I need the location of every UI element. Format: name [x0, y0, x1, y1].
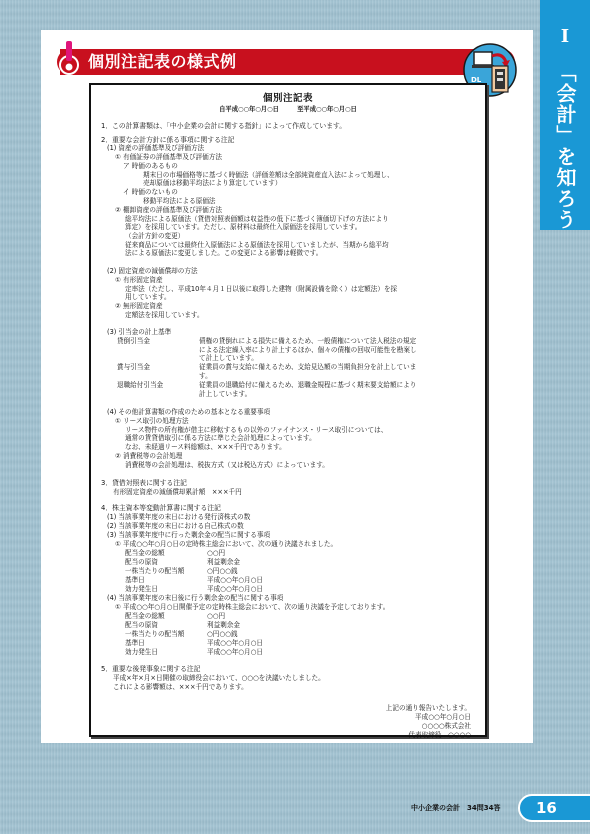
chapter-tab: I 「会計」を知ろう: [540, 0, 590, 230]
dividend-row: 基準日平成○○年○月○日: [125, 639, 263, 647]
note-text: なお、未経過リース料総額は、×××千円であります。: [125, 443, 286, 451]
note-2-2-1: ① 有形固定資産: [115, 276, 163, 284]
dividend-row: 一株当たりの配当額○円○○銭: [125, 630, 237, 638]
note-5-heading: 5．重要な後発事象に関する注記: [101, 665, 200, 673]
dividend-row: 配当金の総額○○円: [125, 549, 225, 557]
dividend-row: 効力発生日平成○○年○月○日: [125, 585, 263, 593]
signature-company: ○○○○株式会社: [422, 722, 471, 730]
note-text: これによる影響額は、×××千円であります。: [113, 683, 248, 691]
chapter-numeral: I: [561, 28, 569, 46]
allowance-term: 賞与引当金従業員の賞与支給に備えるため、支給見込額の当期負担分を計上していま: [117, 363, 416, 371]
allowance-term: 退職給付引当金従業員の退職給付に備えるため、退職金規程に基づく期末要支給額により: [117, 381, 416, 389]
note-text: 売却原価は移動平均法により算定しています）: [143, 179, 281, 187]
note-text: て計上しています。: [199, 354, 258, 362]
note-2-1: (1) 資産の評価基準及び評価方法: [107, 144, 204, 152]
signature-representative: 代表取締役 ○○○○: [408, 731, 471, 739]
notes-document: 個別注記表 自平成○○年○月○日 至平成○○年○月○日 1．この計算書類は、「中…: [89, 83, 487, 737]
note-text: 法による原価法に変更しました。この変更による影響は軽微です。: [125, 249, 322, 257]
document-title: 個別注記表: [91, 90, 485, 104]
note-2-2-2: ② 無形固定資産: [115, 302, 163, 310]
period-from: 自平成○○年○月○日: [219, 106, 279, 113]
dividend-row: 効力発生日平成○○年○月○日: [125, 648, 263, 656]
note-2-4-1: ① リース取引の処理方法: [115, 417, 189, 425]
note-2-4: (4) その他計算書類の作成のための基本となる重要事項: [107, 408, 270, 416]
note-text: 移動平均法による原価法: [143, 197, 216, 205]
note-text: 計上しています。: [199, 390, 251, 398]
note-text: 期末日の市場価格等に基づく時価法（評価差額は全部純資産直入法によって処理し、: [143, 171, 394, 179]
note-4-2: (2) 当該事業年度の末日における自己株式の数: [107, 522, 244, 530]
allowance-term: 貸倒引当金債権の貸倒れによる損失に備えるため、一般債権について法人税法の規定: [117, 337, 416, 345]
exclamation-icon: [58, 40, 80, 76]
note-text: 算定）を採用しています。ただし、原材料は最終仕入原価法を採用しています。: [125, 223, 361, 231]
note-text: 定額法を採用しています。: [125, 311, 204, 319]
note-4-1: (1) 当該事業年度の末日における発行済株式の数: [107, 513, 250, 521]
note-text: 用しています。: [125, 293, 171, 301]
dividend-row: 配当の原資利益剰余金: [125, 621, 240, 629]
note-text: による法定繰入率により計上するほか、個々の債権の回収可能性を勘案し: [199, 346, 417, 354]
note-text: （会計方針の変更）: [125, 232, 184, 240]
note-text: 定率法（ただし、平成10年４月１日以後に取得した建物（附属設備を除く）は定額法）…: [125, 285, 397, 293]
note-text: 通常の賃貸借取引に係る方法に準じた会計処理によっています。: [125, 434, 316, 442]
note-4-heading: 4．株主資本等変動計算書に関する注記: [101, 504, 221, 512]
signature-date: 平成○○年○月○日: [415, 713, 471, 721]
note-1: 1．この計算書類は、「中小企業の会計に関する指針」によって作成しています。: [101, 122, 346, 130]
chapter-title: 「会計」を知ろう: [554, 62, 576, 230]
note-2-2: (2) 固定資産の減価償却の方法: [107, 267, 198, 275]
note-text: 消費税等の会計処理は、税抜方式（又は税込方式）によっています。: [125, 461, 329, 469]
note-2-1-1-i: イ 時価のないもの: [123, 188, 178, 196]
page-number: 16: [518, 794, 590, 822]
note-4-3: (3) 当該事業年度中に行った剰余金の配当に関する事項: [107, 531, 270, 539]
period-to: 至平成○○年○月○日: [297, 106, 357, 113]
note-4-3-1: ① 平成○○年○月○日の定時株主総会において、次の通り決議されました。: [115, 540, 337, 548]
note-2-heading: 2．重要な会計方針に係る事項に関する注記: [101, 136, 234, 144]
note-4-4-1: ① 平成○○年○月○日開催予定の定時株主総会において、次の通り決議を予定しており…: [115, 603, 389, 611]
book-title: 中小企業の会計 34問34答: [411, 803, 500, 813]
section-title: 個別注記表の様式例: [88, 50, 237, 74]
note-text: 有形固定資産の減価償却累計額 ×××千円: [113, 488, 242, 496]
note-text: す。: [199, 372, 212, 380]
dividend-row: 一株当たりの配当額○円○○銭: [125, 567, 237, 575]
note-2-1-1: ① 有価証券の評価基準及び評価方法: [115, 153, 222, 161]
note-text: 総平均法による原価法（貸借対照表価額は収益性の低下に基づく簿価切下げの方法により: [125, 215, 389, 223]
dividend-row: 基準日平成○○年○月○日: [125, 576, 263, 584]
note-4-4: (4) 当該事業年度の末日後に行う剰余金の配当に関する事項: [107, 594, 283, 602]
note-text: 従来商品については最終仕入原価法による原価法を採用していましたが、当期から総平均: [125, 241, 389, 249]
dividend-row: 配当金の総額○○円: [125, 612, 225, 620]
note-text: リース物件の所有権が借主に移転するもの以外のファイナンス・リース取引については、: [125, 426, 387, 434]
note-text: 平成×年×月×日開催の取締役会において、○○○を決議いたしました。: [113, 674, 325, 682]
document-period: 自平成○○年○月○日 至平成○○年○月○日: [91, 104, 485, 113]
note-2-1-2: ② 棚卸資産の評価基準及び評価方法: [115, 206, 222, 214]
note-2-1-1-a: ア 時価のあるもの: [123, 162, 178, 170]
note-2-4-2: ② 消費税等の会計処理: [115, 452, 182, 460]
note-3-heading: 3．貸借対照表に関する注記: [101, 479, 187, 487]
signature-statement: 上記の通り報告いたします。: [386, 704, 471, 712]
dividend-row: 配当の原資利益剰余金: [125, 558, 240, 566]
note-2-3: (3) 引当金の計上基準: [107, 328, 171, 336]
